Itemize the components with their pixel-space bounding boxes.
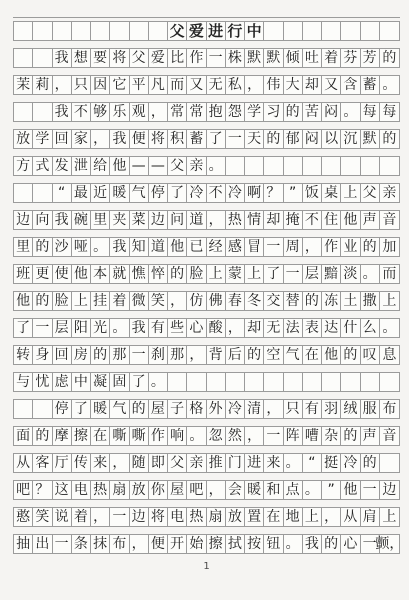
- grid-cell: ”: [284, 184, 303, 202]
- essay-text-row: 抽出一条抹布，便开始擦拭按钮。我的心一颤，: [13, 534, 400, 554]
- grid-cell: 黯: [322, 265, 341, 283]
- grid-cell: 固: [110, 373, 129, 391]
- grid-cell: 不: [303, 211, 322, 229]
- grid-cell: [341, 157, 360, 175]
- grid-cell: [14, 49, 33, 67]
- grid-cell: [33, 49, 52, 67]
- grid-cell: 中: [72, 373, 91, 391]
- grid-cell: 回: [53, 130, 72, 148]
- grid-cell: 屋: [168, 481, 187, 499]
- grid-cell: 发: [53, 157, 72, 175]
- grid-cell: 土: [341, 292, 360, 310]
- grid-cell: 积: [168, 130, 187, 148]
- essay-text-row: “最近暖气停了冷不冷啊？”饭桌上父亲: [13, 183, 400, 203]
- grid-cell: 不: [72, 103, 91, 121]
- grid-cell: 在: [264, 508, 283, 526]
- grid-cell: 菜: [130, 211, 149, 229]
- grid-cell: [33, 400, 52, 418]
- grid-cell: 点: [284, 481, 303, 499]
- grid-cell: 又: [187, 76, 206, 94]
- essay-text-row: 从客厅传来，随即父亲推门进来。“挺冷的: [13, 453, 400, 473]
- grid-cell: [14, 184, 33, 202]
- grid-cell: 抽: [14, 535, 33, 553]
- grid-cell: 爱: [187, 22, 206, 40]
- grid-cell: 我: [53, 211, 72, 229]
- grid-cell: 怨: [226, 103, 245, 121]
- grid-cell: 乐: [110, 103, 129, 121]
- grid-cell: 着: [72, 508, 91, 526]
- essay-text-row: 边向我碗里夹菜边问道，热情却掩不住他声音: [13, 210, 400, 230]
- grid-cell: 泄: [72, 157, 91, 175]
- grid-cell: 放: [14, 130, 33, 148]
- grid-cell: 。: [380, 76, 399, 94]
- grid-cell: 想: [72, 49, 91, 67]
- grid-cell: 暖: [110, 184, 129, 202]
- grid-cell: 。: [187, 427, 206, 445]
- grid-cell: [33, 184, 52, 202]
- grid-cell: ？: [33, 481, 52, 499]
- grid-cell: —: [130, 157, 149, 175]
- grid-cell: 子: [168, 400, 187, 418]
- grid-cell: 芳: [361, 49, 380, 67]
- grid-cell: 感: [226, 238, 245, 256]
- grid-cell: 息: [380, 346, 399, 364]
- essay-text-row: 与忧虑中凝固了。: [13, 372, 400, 392]
- grid-cell: 的: [380, 130, 399, 148]
- grid-cell: 扇: [207, 508, 226, 526]
- grid-cell: 他: [341, 481, 360, 499]
- grid-cell: 不: [207, 184, 226, 202]
- grid-cell: 将: [110, 49, 129, 67]
- grid-cell: [91, 22, 110, 40]
- grid-cell: [168, 373, 187, 391]
- essay-text-row: 方式发泄给他——父亲。: [13, 156, 400, 176]
- grid-cell: 每: [380, 103, 399, 121]
- grid-cell: 我: [110, 238, 129, 256]
- grid-cell: [264, 22, 283, 40]
- essay-text-row: 停了暖气的屋子格外冷清，只有羽绒服布: [13, 399, 400, 419]
- grid-cell: 冷: [187, 184, 206, 202]
- grid-cell: 一: [226, 130, 245, 148]
- grid-cell: 绒: [341, 400, 360, 418]
- grid-cell: 嘶: [110, 427, 129, 445]
- grid-cell: 我: [303, 535, 322, 553]
- grid-cell: 春: [226, 292, 245, 310]
- grid-cell: 来: [91, 454, 110, 472]
- grid-cell: 有: [303, 400, 322, 418]
- grid-cell: 上: [207, 265, 226, 283]
- grid-cell: “: [53, 184, 72, 202]
- grid-cell: 株: [226, 49, 245, 67]
- grid-cell: [207, 373, 226, 391]
- grid-cell: 闷: [303, 130, 322, 148]
- grid-cell: 够: [91, 103, 110, 121]
- grid-cell: 作: [149, 427, 168, 445]
- grid-cell: [14, 400, 33, 418]
- grid-cell: 将: [149, 130, 168, 148]
- manuscript-sheet: 父爱进行中我想要将父爱比作一株默默倾吐着芬芳的茉莉，只因它平凡而又无私，伟大却又…: [0, 0, 409, 600]
- grid-cell: 忽: [207, 427, 226, 445]
- grid-cell: 一: [130, 346, 149, 364]
- grid-cell: ，: [245, 427, 264, 445]
- grid-cell: 边: [380, 481, 399, 499]
- grid-cell: 苦: [303, 103, 322, 121]
- grid-cell: 抹: [91, 535, 110, 553]
- grid-cell: 气: [130, 184, 149, 202]
- grid-cell: 热: [187, 508, 206, 526]
- grid-cell: [187, 373, 206, 391]
- grid-cell: 经: [207, 238, 226, 256]
- grid-cell: 悴: [149, 265, 168, 283]
- grid-cell: 层: [53, 319, 72, 337]
- grid-cell: 声: [361, 211, 380, 229]
- grid-cell: 边: [14, 211, 33, 229]
- grid-cell: 叹: [361, 346, 380, 364]
- grid-cell: 身: [33, 346, 52, 364]
- grid-cell: 暖: [245, 481, 264, 499]
- grid-cell: 的: [361, 454, 380, 472]
- grid-cell: ，: [110, 454, 129, 472]
- essay-text-row: 憨笑说着，一边将电热扇放置在地上，从肩上: [13, 507, 400, 527]
- grid-cell: 而: [168, 76, 187, 94]
- grid-cell: [380, 22, 399, 40]
- grid-cell: 推: [207, 454, 226, 472]
- grid-cell: [245, 373, 264, 391]
- grid-cell: ，: [207, 481, 226, 499]
- grid-cell: 周: [284, 238, 303, 256]
- essay-text-row: 我想要将父爱比作一株默默倾吐着芬芳的: [13, 48, 400, 68]
- grid-cell: [110, 22, 129, 40]
- grid-cell: —: [149, 157, 168, 175]
- grid-cell: 桌: [322, 184, 341, 202]
- essay-text-row: 我不够乐观，常常抱怨学习的苦闷。每每: [13, 102, 400, 122]
- grid-cell: 转: [14, 346, 33, 364]
- grid-cell: 上: [380, 292, 399, 310]
- grid-cell: 撒: [361, 292, 380, 310]
- grid-cell: 颤，: [380, 535, 399, 553]
- grid-cell: 表: [303, 319, 322, 337]
- grid-cell: 的: [168, 265, 187, 283]
- grid-cell: 。: [284, 535, 303, 553]
- grid-cell: [361, 157, 380, 175]
- grid-cell: 房: [72, 346, 91, 364]
- grid-cell: 。: [207, 157, 226, 175]
- grid-cell: 掩: [284, 211, 303, 229]
- grid-cell: 会: [226, 481, 245, 499]
- grid-cell: 你: [149, 481, 168, 499]
- grid-cell: 一: [264, 238, 283, 256]
- grid-cell: 倾: [284, 49, 303, 67]
- grid-cell: 后: [226, 346, 245, 364]
- grid-cell: 便: [130, 130, 149, 148]
- grid-cell: 便: [149, 535, 168, 553]
- grid-cell: 和: [264, 481, 283, 499]
- grid-cell: 虑: [53, 373, 72, 391]
- grid-cell: 了: [14, 319, 33, 337]
- grid-cell: 冷: [226, 184, 245, 202]
- grid-cell: 亲: [187, 157, 206, 175]
- grid-cell: 要: [91, 49, 110, 67]
- grid-cell: 什: [341, 319, 360, 337]
- grid-cell: 门: [226, 454, 245, 472]
- grid-cell: 清: [245, 400, 264, 418]
- grid-cell: 布: [380, 400, 399, 418]
- grid-cell: 本: [91, 265, 110, 283]
- grid-cell: 客: [33, 454, 52, 472]
- grid-cell: 杂: [322, 427, 341, 445]
- grid-cell: 羽: [322, 400, 341, 418]
- grid-cell: 茉: [14, 76, 33, 94]
- grid-cell: 凝: [91, 373, 110, 391]
- grid-cell: 了: [264, 265, 283, 283]
- grid-cell: 然: [226, 427, 245, 445]
- grid-cell: [303, 157, 322, 175]
- grid-cell: 从: [341, 508, 360, 526]
- grid-cell: 了: [72, 400, 91, 418]
- grid-cell: [341, 22, 360, 40]
- grid-cell: 这: [53, 481, 72, 499]
- grid-cell: 厅: [53, 454, 72, 472]
- grid-cell: 每: [361, 103, 380, 121]
- grid-cell: 一: [53, 535, 72, 553]
- grid-cell: 的: [380, 49, 399, 67]
- grid-cell: 无: [264, 319, 283, 337]
- grid-cell: 心: [187, 319, 206, 337]
- grid-cell: 的: [284, 103, 303, 121]
- grid-cell: 平: [130, 76, 149, 94]
- grid-cell: 的: [130, 400, 149, 418]
- grid-cell: 音: [380, 211, 399, 229]
- essay-text-row: 班更使他本就憔悴的脸上蒙上了一层黯淡。而: [13, 264, 400, 284]
- grid-cell: 的: [33, 292, 52, 310]
- grid-cell: [380, 157, 399, 175]
- grid-cell: 。: [303, 481, 322, 499]
- grid-cell: 地: [284, 508, 303, 526]
- grid-cell: [33, 103, 52, 121]
- grid-cell: ，: [303, 238, 322, 256]
- grid-cell: 我: [53, 49, 72, 67]
- grid-cell: 式: [33, 157, 52, 175]
- grid-cell: 佛: [207, 292, 226, 310]
- grid-cell: 音: [380, 427, 399, 445]
- grid-cell: 已: [187, 238, 206, 256]
- grid-cell: 中: [245, 22, 264, 40]
- grid-cell: 饭: [303, 184, 322, 202]
- essay-text-row: 茉莉，只因它平凡而又无私，伟大却又含蓄。: [13, 75, 400, 95]
- grid-cell: 脸: [53, 292, 72, 310]
- grid-cell: 加: [380, 238, 399, 256]
- grid-cell: 电: [168, 508, 187, 526]
- grid-cell: 着: [110, 292, 129, 310]
- grid-cell: 。: [341, 103, 360, 121]
- essay-text-row: 放学回家，我便将积蓄了一天的郁闷以沉默的: [13, 129, 400, 149]
- grid-cell: 使: [53, 265, 72, 283]
- grid-cell: 的: [91, 346, 110, 364]
- grid-cell: 些: [168, 319, 187, 337]
- grid-cell: 情: [245, 211, 264, 229]
- grid-cell: 嘶: [130, 427, 149, 445]
- grid-cell: 钮: [264, 535, 283, 553]
- grid-cell: 暖: [91, 400, 110, 418]
- grid-cell: [245, 157, 264, 175]
- grid-cell: [303, 22, 322, 40]
- grid-cell: ？: [264, 184, 283, 202]
- grid-cell: 却: [303, 76, 322, 94]
- grid-cell: [14, 22, 33, 40]
- grid-cell: 他: [72, 265, 91, 283]
- grid-cell: 又: [322, 76, 341, 94]
- grid-cell: 上: [303, 508, 322, 526]
- grid-cell: 默: [245, 49, 264, 67]
- essay-text-row: 转身回房的那一刹那，背后的空气在他的叹息: [13, 345, 400, 365]
- grid-cell: 抱: [207, 103, 226, 121]
- grid-cell: [284, 157, 303, 175]
- grid-cell: 上: [380, 508, 399, 526]
- grid-cell: 即: [149, 454, 168, 472]
- grid-cell: 边: [130, 508, 149, 526]
- grid-cell: 酸: [207, 319, 226, 337]
- grid-cell: ”: [322, 481, 341, 499]
- grid-cell: 哑: [72, 238, 91, 256]
- grid-cell: 观: [130, 103, 149, 121]
- grid-cell: 的: [322, 535, 341, 553]
- grid-cell: 按: [245, 535, 264, 553]
- grid-cell: ，: [322, 508, 341, 526]
- grid-cell: 进: [207, 22, 226, 40]
- grid-cell: 常: [187, 103, 206, 121]
- grid-cell: 行: [226, 22, 245, 40]
- grid-cell: 面: [14, 427, 33, 445]
- grid-cell: 知: [130, 238, 149, 256]
- grid-cell: 开: [168, 535, 187, 553]
- grid-cell: 家: [72, 130, 91, 148]
- grid-cell: 却: [245, 319, 264, 337]
- grid-cell: 。: [361, 265, 380, 283]
- grid-cell: 层: [303, 265, 322, 283]
- grid-cell: 碗: [72, 211, 91, 229]
- grid-cell: 吧: [14, 481, 33, 499]
- grid-cell: 从: [14, 454, 33, 472]
- grid-cell: 无: [207, 76, 226, 94]
- grid-cell: 了: [168, 184, 187, 202]
- grid-cell: 来: [264, 454, 283, 472]
- grid-cell: 的: [264, 130, 283, 148]
- grid-cell: 吐: [303, 49, 322, 67]
- grid-cell: [226, 157, 245, 175]
- grid-cell: 法: [284, 319, 303, 337]
- grid-cell: 笑: [149, 292, 168, 310]
- grid-cell: 一: [361, 481, 380, 499]
- grid-cell: ，: [207, 211, 226, 229]
- grid-cell: 嘈: [303, 427, 322, 445]
- grid-cell: 一: [33, 319, 52, 337]
- grid-cell: 习: [264, 103, 283, 121]
- grid-cell: 心: [341, 535, 360, 553]
- grid-cell: 上: [245, 265, 264, 283]
- grid-cell: 班: [14, 265, 33, 283]
- grid-cell: 含: [341, 76, 360, 94]
- grid-cell: 条: [72, 535, 91, 553]
- grid-cell: 那: [110, 346, 129, 364]
- grid-cell: 微: [130, 292, 149, 310]
- grid-cell: 他: [322, 346, 341, 364]
- grid-cell: 交: [264, 292, 283, 310]
- grid-cell: 他: [168, 238, 187, 256]
- grid-cell: 住: [322, 211, 341, 229]
- grid-cell: 的: [303, 292, 322, 310]
- grid-cell: [284, 373, 303, 391]
- grid-cell: 亲: [187, 454, 206, 472]
- grid-cell: 扇: [110, 481, 129, 499]
- grid-cell: 放: [130, 481, 149, 499]
- grid-cell: 只: [72, 76, 91, 94]
- grid-cell: 声: [361, 427, 380, 445]
- grid-cell: [149, 22, 168, 40]
- grid-cell: 给: [91, 157, 110, 175]
- grid-cell: 憔: [130, 265, 149, 283]
- grid-cell: 一: [110, 508, 129, 526]
- grid-cell: 脸: [187, 265, 206, 283]
- essay-text-row: 面的摩擦在嘶嘶作响。忽然，一阵嘈杂的声音: [13, 426, 400, 446]
- grid-cell: 冒: [245, 238, 264, 256]
- grid-cell: 的: [33, 238, 52, 256]
- grid-cell: 将: [149, 508, 168, 526]
- grid-cell: 阳: [72, 319, 91, 337]
- grid-cell: 问: [168, 211, 187, 229]
- grid-cell: 背: [207, 346, 226, 364]
- grid-cell: [322, 373, 341, 391]
- grid-cell: 更: [33, 265, 52, 283]
- grid-cell: 道: [149, 238, 168, 256]
- grid-cell: 父: [130, 49, 149, 67]
- grid-cell: [380, 373, 399, 391]
- grid-cell: 说: [53, 508, 72, 526]
- grid-cell: 的: [245, 346, 264, 364]
- essay-text-row: 他的脸上挂着微笑，仿佛春冬交替的冻土撒上: [13, 291, 400, 311]
- grid-cell: [303, 373, 322, 391]
- grid-cell: 一: [284, 265, 303, 283]
- grid-cell: 擦: [207, 535, 226, 553]
- grid-cell: 与: [14, 373, 33, 391]
- grid-cell: 父: [361, 184, 380, 202]
- grid-cell: ，: [187, 346, 206, 364]
- grid-cell: 那: [168, 346, 187, 364]
- grid-cell: 。: [380, 319, 399, 337]
- grid-cell: 气: [284, 346, 303, 364]
- grid-cell: 比: [168, 49, 187, 67]
- grid-cell: 就: [110, 265, 129, 283]
- grid-cell: 仿: [187, 292, 206, 310]
- grid-cell: 业: [341, 238, 360, 256]
- grid-cell: 最: [72, 184, 91, 202]
- grid-cell: [226, 373, 245, 391]
- grid-cell: [322, 22, 341, 40]
- grid-cell: 它: [110, 76, 129, 94]
- grid-cell: 有: [149, 319, 168, 337]
- grid-cell: 电: [72, 481, 91, 499]
- grid-cell: 道: [187, 211, 206, 229]
- grid-cell: 父: [168, 454, 187, 472]
- grid-cell: ，: [91, 508, 110, 526]
- grid-cell: 我: [53, 103, 72, 121]
- grid-cell: 停: [53, 400, 72, 418]
- grid-cell: 却: [264, 211, 283, 229]
- top-rule: [13, 17, 400, 18]
- grid-cell: 作: [322, 238, 341, 256]
- grid-cell: 摩: [53, 427, 72, 445]
- grid-cell: 始: [187, 535, 206, 553]
- grid-cell: “: [303, 454, 322, 472]
